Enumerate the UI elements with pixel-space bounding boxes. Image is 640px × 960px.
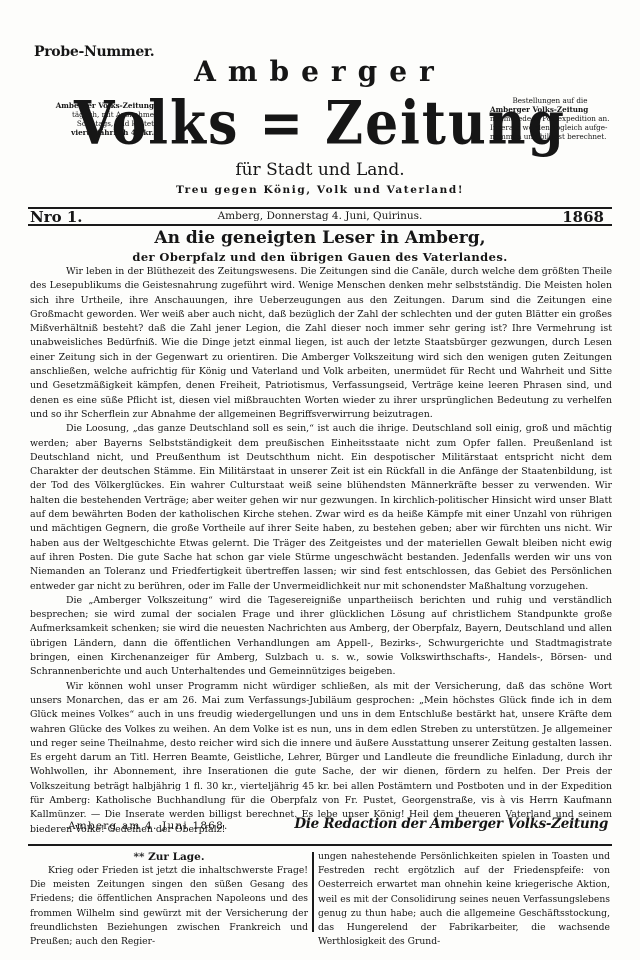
dateline: Amberg, Donnerstag 4. Juni, Quirinus. (0, 210, 640, 222)
note-right-line5: nommen und billigst berechnet. (490, 132, 610, 141)
masthead-subtitle: für Stadt und Land. (0, 160, 640, 180)
masthead-title-small: Amberger (0, 55, 640, 88)
article-closing: Amberg am 4. Juni 1868. Die Redaction de… (30, 820, 612, 838)
article-title: An die geneigten Leser in Amberg, (0, 228, 640, 248)
note-right-line4: Inserate werden sogleich aufge- (490, 123, 610, 132)
zur-lage-column-left: ** Zur Lage. Krieg oder Frieden ist jetz… (30, 850, 308, 949)
note-right-line3: nimmt jede k. Postexpedition an. (490, 114, 610, 123)
section-heading: ** Zur Lage. (30, 850, 308, 864)
zur-lage-column-right: ungen nahestehende Persönlichkeiten spie… (318, 850, 610, 949)
editorial-signature: Die Redaction der Amberger Volks-Zeitung (294, 816, 608, 832)
divider-rule (28, 224, 612, 226)
newspaper-page: Probe-Nummer. Amberger Volks-Zeitung täg… (0, 0, 640, 960)
article-body: Wir leben in der Blüthezeit des Zeitungs… (30, 265, 612, 837)
article-paragraph: Wir leben in der Blüthezeit des Zeitungs… (30, 265, 612, 422)
note-right-line1: Bestellungen auf die (490, 96, 610, 105)
closing-place-date: Amberg am 4. Juni 1868. (68, 820, 229, 832)
article-subtitle: der Oberpfalz und den übrigen Gauen des … (0, 250, 640, 264)
column-divider (312, 852, 314, 932)
masthead-motto: Treu gegen König, Volk und Vaterland! (0, 184, 640, 196)
note-right-line2: Amberger Volks-Zeitung (490, 105, 610, 114)
article-paragraph: Wir können wohl unser Programm nicht wür… (30, 680, 612, 837)
section-divider (28, 844, 612, 846)
section-text: Krieg oder Frieden ist jetzt die inhalts… (30, 864, 308, 949)
section-text: ungen nahestehende Persönlichkeiten spie… (318, 850, 610, 949)
divider-rule (28, 207, 612, 209)
subscription-note-right: Bestellungen auf die Amberger Volks-Zeit… (490, 96, 610, 141)
article-paragraph: Die „Amberger Volkszeitung“ wird die Tag… (30, 594, 612, 680)
article-paragraph: Die Loosung, „das ganze Deutschland soll… (30, 422, 612, 594)
